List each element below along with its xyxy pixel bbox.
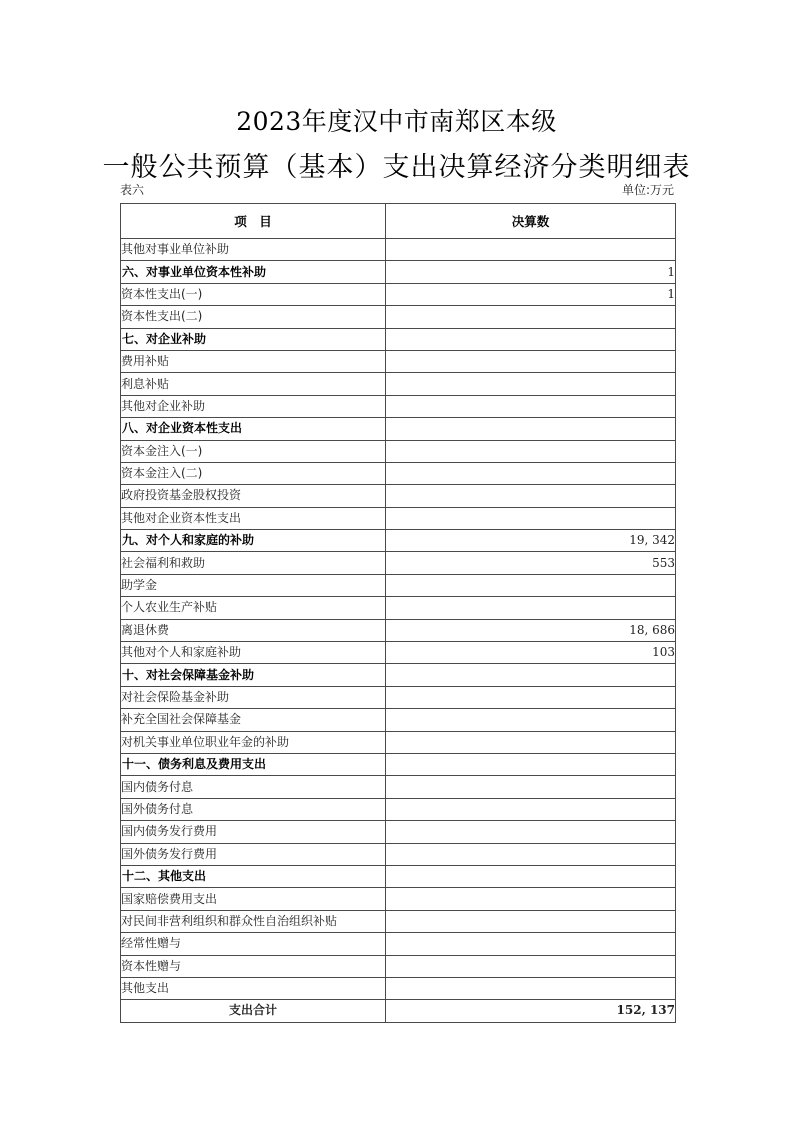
row-value	[386, 306, 676, 328]
table-row: 资本性支出(一)1	[121, 283, 676, 305]
table-row: 资本性支出(二)	[121, 306, 676, 328]
row-label: 助学金	[121, 574, 386, 596]
table-row: 国内债务发行费用	[121, 821, 676, 843]
row-value	[386, 843, 676, 865]
table-row: 对民间非营利组织和群众性自治组织补贴	[121, 910, 676, 932]
table-row: 其他对企业资本性支出	[121, 507, 676, 529]
row-value	[386, 709, 676, 731]
row-value	[386, 977, 676, 999]
row-label: 资本性支出(二)	[121, 306, 386, 328]
row-label: 其他支出	[121, 977, 386, 999]
row-value	[386, 753, 676, 775]
row-value	[386, 664, 676, 686]
table-row: 对机关事业单位职业年金的补助	[121, 731, 676, 753]
table-row: 对社会保险基金补助	[121, 686, 676, 708]
table-number: 表六	[120, 181, 144, 198]
unit-label: 单位:万元	[622, 181, 674, 198]
category-row: 九、对个人和家庭的补助19, 342	[121, 530, 676, 552]
row-value	[386, 418, 676, 440]
table-row: 离退休费18, 686	[121, 619, 676, 641]
row-label: 十一、债务利息及费用支出	[121, 753, 386, 775]
row-value	[386, 821, 676, 843]
row-label: 补充全国社会保障基金	[121, 709, 386, 731]
row-label: 资本性支出(一)	[121, 283, 386, 305]
row-value	[386, 440, 676, 462]
row-label: 政府投资基金股权投资	[121, 485, 386, 507]
total-value: 152, 137	[386, 1000, 676, 1022]
row-value	[386, 485, 676, 507]
category-row: 十一、债务利息及费用支出	[121, 753, 676, 775]
table-row: 其他对企业补助	[121, 395, 676, 417]
table-row: 社会福利和救助553	[121, 552, 676, 574]
row-value	[386, 597, 676, 619]
table-row: 国内债务付息	[121, 776, 676, 798]
row-label: 其他对企业资本性支出	[121, 507, 386, 529]
row-label: 其他对企业补助	[121, 395, 386, 417]
table-row: 补充全国社会保障基金	[121, 709, 676, 731]
row-value	[386, 328, 676, 350]
category-row: 十、对社会保障基金补助	[121, 664, 676, 686]
row-value	[386, 776, 676, 798]
row-label: 利息补贴	[121, 373, 386, 395]
row-value	[386, 933, 676, 955]
category-row: 八、对企业资本性支出	[121, 418, 676, 440]
row-label: 资本金注入(二)	[121, 462, 386, 484]
table-row: 其他对个人和家庭补助103	[121, 642, 676, 664]
table-row: 资本金注入(一)	[121, 440, 676, 462]
expenditure-table: 项 目 决算数 其他对事业单位补助六、对事业单位资本性补助1资本性支出(一)1资…	[120, 203, 676, 1023]
row-label: 国内债务发行费用	[121, 821, 386, 843]
table-row: 经常性赠与	[121, 933, 676, 955]
row-value	[386, 462, 676, 484]
table-row: 费用补贴	[121, 350, 676, 372]
row-label: 社会福利和救助	[121, 552, 386, 574]
row-value	[386, 239, 676, 261]
row-label: 七、对企业补助	[121, 328, 386, 350]
category-row: 七、对企业补助	[121, 328, 676, 350]
table-row: 利息补贴	[121, 373, 676, 395]
row-label: 经常性赠与	[121, 933, 386, 955]
row-value	[386, 507, 676, 529]
row-label: 国家赔偿费用支出	[121, 888, 386, 910]
row-value: 18, 686	[386, 619, 676, 641]
row-value	[386, 731, 676, 753]
row-value: 1	[386, 261, 676, 283]
row-label: 其他对个人和家庭补助	[121, 642, 386, 664]
row-label: 费用补贴	[121, 350, 386, 372]
row-value: 103	[386, 642, 676, 664]
row-label: 对民间非营利组织和群众性自治组织补贴	[121, 910, 386, 932]
table-row: 其他支出	[121, 977, 676, 999]
header-item: 项 目	[121, 204, 386, 239]
table-row: 政府投资基金股权投资	[121, 485, 676, 507]
document-title-line2: 一般公共预算（基本）支出决算经济分类明细表	[0, 145, 793, 184]
total-label: 支出合计	[121, 1000, 386, 1022]
table-row: 个人农业生产补贴	[121, 597, 676, 619]
header-amount: 决算数	[386, 204, 676, 239]
row-label: 离退休费	[121, 619, 386, 641]
document-title-line1: 2023年度汉中市南郑区本级	[0, 102, 793, 138]
category-row: 六、对事业单位资本性补助1	[121, 261, 676, 283]
row-value	[386, 888, 676, 910]
table-row: 其他对事业单位补助	[121, 239, 676, 261]
row-label: 资本性赠与	[121, 955, 386, 977]
row-label: 八、对企业资本性支出	[121, 418, 386, 440]
row-label: 国外债务发行费用	[121, 843, 386, 865]
row-label: 国内债务付息	[121, 776, 386, 798]
row-value	[386, 395, 676, 417]
row-value	[386, 865, 676, 887]
table-row: 国家赔偿费用支出	[121, 888, 676, 910]
row-value	[386, 350, 676, 372]
row-label: 十、对社会保障基金补助	[121, 664, 386, 686]
row-value	[386, 373, 676, 395]
row-label: 国外债务付息	[121, 798, 386, 820]
table-row: 国外债务发行费用	[121, 843, 676, 865]
row-label: 对机关事业单位职业年金的补助	[121, 731, 386, 753]
row-value: 1	[386, 283, 676, 305]
table-header-row: 项 目 决算数	[121, 204, 676, 239]
table-row: 资本性赠与	[121, 955, 676, 977]
row-value	[386, 574, 676, 596]
row-value	[386, 686, 676, 708]
row-value: 19, 342	[386, 530, 676, 552]
table-row: 国外债务付息	[121, 798, 676, 820]
table-row: 助学金	[121, 574, 676, 596]
row-label: 十二、其他支出	[121, 865, 386, 887]
row-label: 其他对事业单位补助	[121, 239, 386, 261]
row-value	[386, 955, 676, 977]
row-label: 个人农业生产补贴	[121, 597, 386, 619]
category-row: 十二、其他支出	[121, 865, 676, 887]
row-value: 553	[386, 552, 676, 574]
table-row: 资本金注入(二)	[121, 462, 676, 484]
row-label: 六、对事业单位资本性补助	[121, 261, 386, 283]
total-row: 支出合计 152, 137	[121, 1000, 676, 1022]
row-value	[386, 910, 676, 932]
row-value	[386, 798, 676, 820]
row-label: 对社会保险基金补助	[121, 686, 386, 708]
row-label: 九、对个人和家庭的补助	[121, 530, 386, 552]
row-label: 资本金注入(一)	[121, 440, 386, 462]
